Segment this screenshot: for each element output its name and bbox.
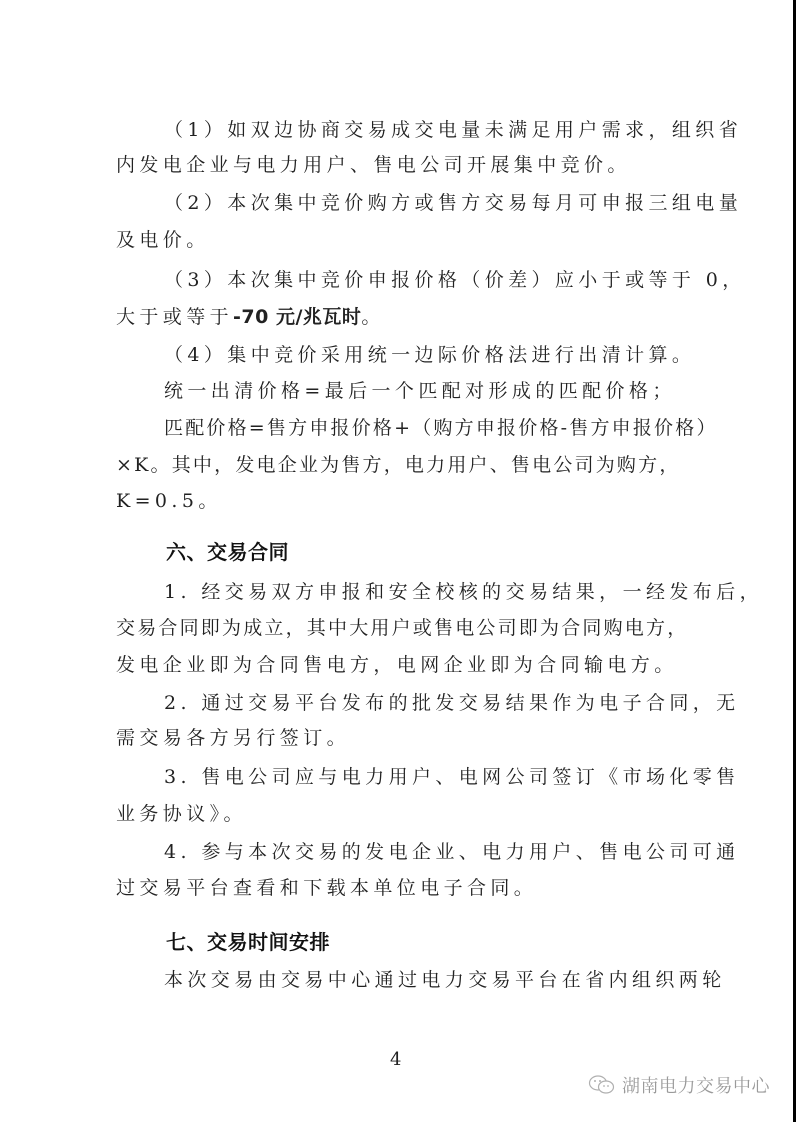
paragraph-line: 交易合同即为成立，其中大用户或售电公司即为合同购电方， bbox=[116, 616, 716, 640]
paragraph-line: 过交易平台查看和下载本单位电子合同。 bbox=[116, 876, 716, 900]
section-heading-contract: 六、交易合同 bbox=[166, 540, 766, 564]
paragraph-line: K=0.5。 bbox=[116, 489, 716, 513]
price-limit-bold: -70 元/兆瓦时 bbox=[233, 306, 361, 328]
paragraph-line: 1. 经交易双方申报和安全校核的交易结果，一经发布后， bbox=[164, 580, 716, 604]
wechat-icon bbox=[588, 1073, 616, 1097]
document-page: （1）如双边协商交易成交电量未满足用户需求，组织省 内发电企业与电力用户、售电公… bbox=[0, 0, 793, 1122]
paragraph-line: 业务协议》。 bbox=[116, 802, 716, 826]
paragraph-line: 统一出清价格=最后一个匹配对形成的匹配价格； bbox=[164, 379, 716, 403]
watermark-text: 湖南电力交易中心 bbox=[622, 1072, 770, 1098]
paragraph-line: （3）本次集中竞价申报价格（价差）应小于或等于 0， bbox=[164, 268, 716, 292]
paragraph-line: 4. 参与本次交易的发电企业、电力用户、售电公司可通 bbox=[164, 840, 716, 864]
paragraph-line: 3. 售电公司应与电力用户、电网公司签订《市场化零售 bbox=[164, 765, 716, 789]
paragraph-line: 需交易各方另行签订。 bbox=[116, 726, 716, 750]
page-number: 4 bbox=[390, 1049, 401, 1070]
paragraph-line: 发电企业即为合同售电方，电网企业即为合同输电方。 bbox=[116, 653, 716, 677]
section-heading-schedule: 七、交易时间安排 bbox=[166, 930, 766, 954]
paragraph-line: （1）如双边协商交易成交电量未满足用户需求，组织省 bbox=[164, 118, 716, 142]
paragraph-line: （2）本次集中竞价购方或售方交易每月可申报三组电量 bbox=[164, 191, 716, 215]
paragraph-line: （4）集中竞价采用统一边际价格法进行出清计算。 bbox=[164, 343, 716, 367]
paragraph-line: 内发电企业与电力用户、售电公司开展集中竞价。 bbox=[116, 153, 716, 177]
line-suffix: 。 bbox=[361, 306, 384, 328]
watermark: 湖南电力交易中心 bbox=[588, 1072, 770, 1098]
paragraph-line: ×K。其中，发电企业为售方，电力用户、售电公司为购方， bbox=[116, 453, 716, 477]
paragraph-line: 匹配价格=售方申报价格+（购方申报价格-售方申报价格） bbox=[164, 416, 716, 440]
paragraph-line: 本次交易由交易中心通过电力交易平台在省内组织两轮 bbox=[164, 968, 716, 992]
paragraph-line: 及电价。 bbox=[116, 228, 716, 252]
line-prefix: 大于或等于 bbox=[116, 306, 233, 328]
paragraph-line: 大于或等于-70 元/兆瓦时。 bbox=[116, 305, 716, 329]
paragraph-line: 2. 通过交易平台发布的批发交易结果作为电子合同，无 bbox=[164, 691, 716, 715]
